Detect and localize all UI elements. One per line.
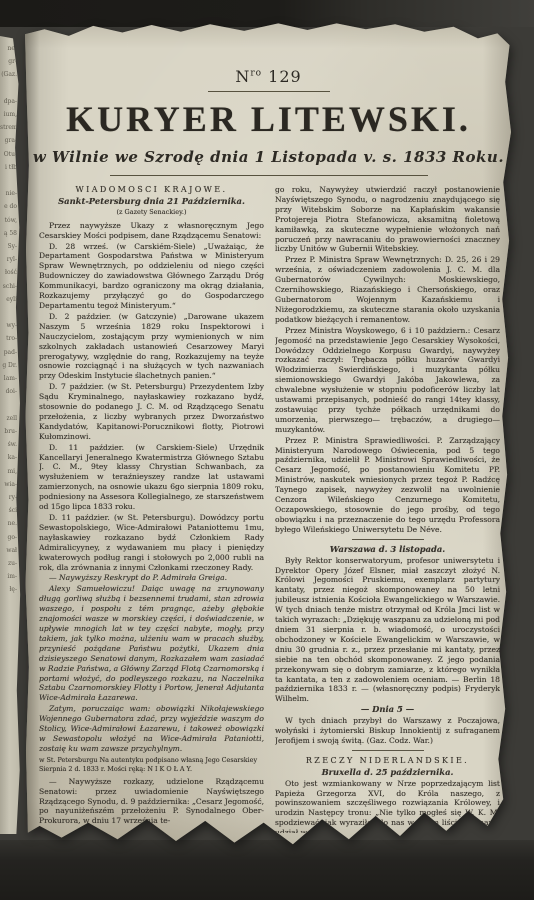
masthead: Nro 129 KURYER LITEWSKI. w Wilnie we Szr…: [25, 15, 512, 176]
masthead-dateline: w Wilnie we Szrodę dnia 1 Listopada v. s…: [25, 148, 512, 166]
section-divider-rule: [352, 750, 424, 751]
masthead-title: KURYER LITEWSKI.: [25, 99, 512, 139]
scanned-document-viewport: { "masthead": { "issue_prefix": "N", "is…: [0, 0, 534, 900]
adjacent-page-edge: ne- gr- (Gaz. dpa- ium, strem gra- Otu- …: [0, 36, 21, 834]
rescript-heading: — Naywyższy Reskrypt do P. Admirała Grei…: [39, 573, 264, 583]
article-paragraph: D. 28 wrześ. (w Carskiém-Siele) „Uważaią…: [39, 242, 264, 311]
subheading-dnia: — Dnia 5 —: [275, 705, 500, 715]
dateline-warszawa: Warszawa d. 3 listopada.: [275, 545, 500, 555]
article-paragraph: D. 7 paździer. (w St. Petersburgu) Przez…: [39, 382, 264, 441]
article-paragraph: Były Rektor konserwatoryum, profesor uni…: [275, 556, 500, 705]
imperial-signature-block: w St. Petersburgu Na autentyku podpisano…: [39, 756, 264, 774]
article-paragraph: W tych dniach przybył do Warszawy z Pocz…: [275, 716, 500, 746]
masthead-rule-small: [208, 91, 330, 92]
article-paragraph: Przez P. Ministra Sprawiedliwości. P. Za…: [275, 436, 500, 535]
newspaper-page-wrapper: Nro 129 KURYER LITEWSKI. w Wilnie we Szr…: [25, 15, 512, 851]
article-paragraph: D. 11 paździer. (w Carskiem-Siele) Urzęd…: [39, 443, 264, 512]
article-paragraph: Przez naywyższe Ukazy z własnoręcznym Je…: [39, 221, 264, 241]
issue-value: 129: [268, 67, 302, 86]
issue-ordinal-sup: ro: [250, 69, 262, 79]
issue-number: Nro 129: [25, 67, 512, 86]
article-paragraph: Oto jest wzmiankowany w Nrze poprzedzają…: [275, 779, 500, 833]
column-left: WIADOMOŚCI KRAJOWE. Sankt-Petersburg dni…: [39, 185, 264, 833]
article-paragraph: — Naywyższe rozkazy, udzielone Rządzącem…: [39, 777, 264, 827]
article-paragraph: Przez Ministra Woyskowego, 6 i 10 paździ…: [275, 326, 500, 435]
newspaper-page: Nro 129 KURYER LITEWSKI. w Wilnie we Szr…: [25, 15, 512, 851]
article-paragraph: go roku, Naywyżey utwierdzić raczył post…: [275, 185, 500, 254]
article-paragraph: D. 2 paździer. (w Gatczynie) „Darowane u…: [39, 312, 264, 381]
section-header-rzeczy-niderlandskie: RZECZY NIDERLANDSKIE.: [275, 756, 500, 766]
article-paragraph: D. 11 paździer. (w St. Petersburgu). Dow…: [39, 513, 264, 572]
columns: WIADOMOŚCI KRAJOWE. Sankt-Petersburg dni…: [25, 176, 512, 833]
issue-prefix: N: [235, 67, 250, 86]
article-paragraph: Przez P. Ministra Spraw Wewnętrznych: D.…: [275, 255, 500, 324]
rescript-body: Alexy Samuełowiczu! Daiąc uwagę na zruyn…: [39, 584, 264, 703]
section-header-wiadomosci-krajowe: WIADOMOŚCI KRAJOWE.: [39, 185, 264, 195]
column-right: go roku, Naywyżey utwierdzić raczył post…: [275, 185, 500, 833]
rescript-closing: Zatym, poruczaiąc wam: obowiązki Nikołaj…: [39, 704, 264, 754]
section-divider-rule: [352, 539, 424, 540]
source-note: (z Gazety Senackiey.): [39, 208, 264, 218]
dateline-sankt-petersburg: Sankt-Petersburg dnia 21 Października.: [39, 197, 264, 207]
dateline-bruxella: Bruxella d. 25 października.: [275, 768, 500, 778]
